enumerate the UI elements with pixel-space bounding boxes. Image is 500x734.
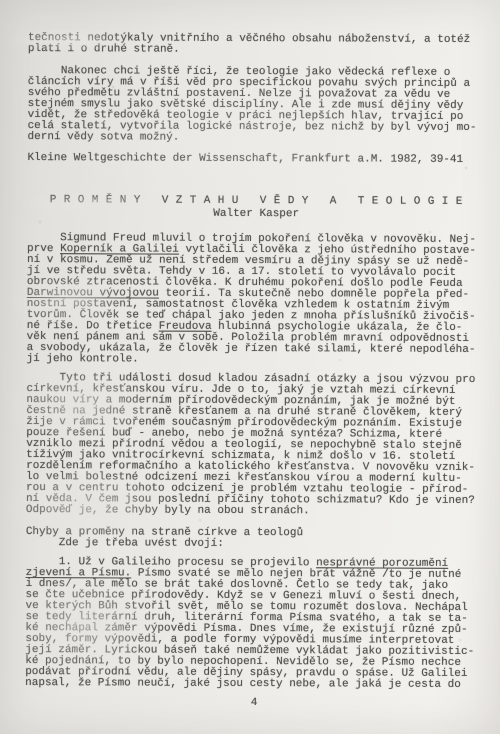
typewritten-text: tečnosti nedotýkaly vnitřního a věčného … — [25, 33, 486, 710]
closing-paragraph: Nakonec chci ještě říci, že teologie jak… — [28, 66, 486, 145]
paragraph-schism-questions: Tyto tři události dosud kladou zásadní o… — [26, 373, 485, 518]
article-title: P R O M Ě N Y V Z T A H U V Ě D Y A T E … — [27, 195, 485, 208]
author-name: Walter Kasper — [27, 208, 485, 221]
text-line: napsal, že Písmo neučí, jaké jsou cesty … — [25, 678, 483, 691]
text-line: derní vědy sotva možný. — [28, 132, 486, 145]
paragraph-freud-humiliations: Sigmund Freud mluvil o trojím pokoření č… — [27, 233, 486, 367]
page-number: 4 — [25, 697, 483, 710]
text-line: jí jeho kontrole. — [27, 354, 485, 367]
source-citation: Kleine Weltgeschichte der Wissenschaft, … — [27, 153, 485, 166]
scanned-document-page: tečnosti nedotýkaly vnitřního a věčného … — [0, 0, 500, 734]
text-line: Odpověď je, že chyby byly na obou straná… — [26, 505, 484, 518]
continuation-paragraph: tečnosti nedotýkaly vnitřního a věčného … — [28, 33, 486, 57]
paragraph-galilei-scripture: 1. Už v Galileiho procesu se projevilo n… — [25, 557, 484, 691]
text-line: platí i o druhé straně. — [28, 44, 486, 57]
section-intro: Zde je třeba uvést dvojí: — [26, 538, 484, 551]
